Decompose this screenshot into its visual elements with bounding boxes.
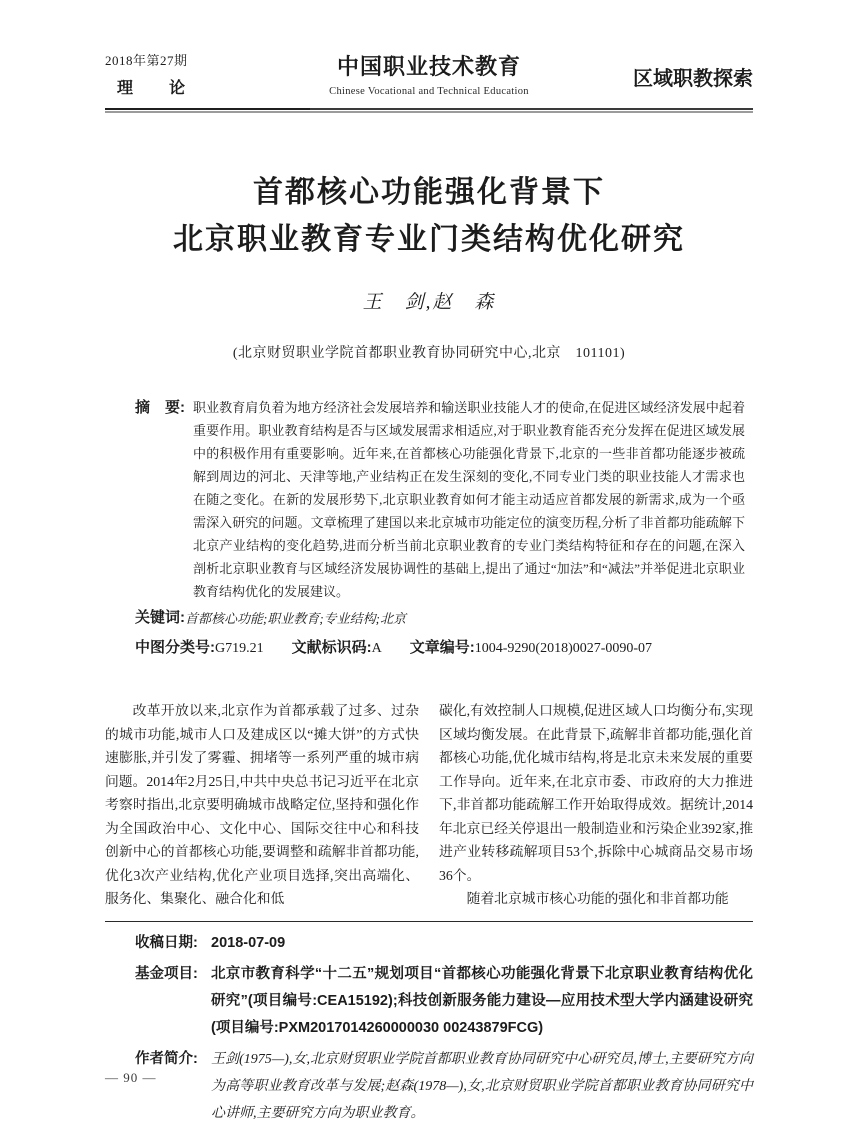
header-right: 区域职教探索 bbox=[583, 50, 753, 91]
body-paragraph: 改革开放以来,北京作为首都承载了过多、过杂的城市功能,城市人口及建成区以“摊大饼… bbox=[105, 699, 419, 911]
author-bio-label: 作者简介: bbox=[135, 1046, 211, 1073]
author-bio-text: 王剑(1975—),女,北京财贸职业学院首都职业教育协同研究中心研究员,博士,主… bbox=[211, 1046, 753, 1127]
article-meta: 摘 要: 职业教育肩负着为地方经济社会发展培养和输送职业技能人才的使命,在促进区… bbox=[105, 396, 753, 661]
received-date-row: 收稿日期: 2018-07-09 bbox=[135, 930, 753, 957]
fund-project-label: 基金项目: bbox=[135, 961, 211, 988]
doc-code-label: 文献标识码: bbox=[292, 639, 372, 656]
received-date-label: 收稿日期: bbox=[135, 930, 211, 957]
header-divider-left-segment bbox=[105, 108, 310, 110]
fund-project-row: 基金项目: 北京市教育科学“十二五”规划项目“首都核心功能强化背景下北京职业教育… bbox=[135, 961, 753, 1042]
body-paragraph: 随着北京城市核心功能的强化和非首都功能 bbox=[439, 887, 753, 911]
header-center: 中国职业技术教育 Chinese Vocational and Technica… bbox=[275, 50, 583, 97]
keywords-text: 首都核心功能;职业教育;专业结构;北京 bbox=[185, 606, 406, 630]
header-divider bbox=[105, 108, 753, 113]
fund-project-text: 北京市教育科学“十二五”规划项目“首都核心功能强化背景下北京职业教育结构优化研究… bbox=[211, 961, 753, 1042]
column-name: 区域职教探索 bbox=[583, 62, 753, 91]
authors: 王 剑,赵 森 bbox=[105, 287, 753, 314]
affiliation: (北京财贸职业学院首都职业教育协同研究中心,北京 101101) bbox=[105, 342, 753, 362]
article-title-line2: 北京职业教育专业门类结构优化研究 bbox=[105, 216, 753, 263]
page-header: 2018年第27期 理 论 中国职业技术教育 Chinese Vocationa… bbox=[105, 0, 753, 98]
author-bio-row: 作者简介: 王剑(1975—),女,北京财贸职业学院首都职业教育协同研究中心研究… bbox=[135, 1046, 753, 1127]
journal-title: 中国职业技术教育 bbox=[275, 50, 583, 81]
abstract-block: 摘 要: 职业教育肩负着为地方经济社会发展培养和输送职业技能人才的使命,在促进区… bbox=[135, 396, 753, 603]
right-column: 碳化,有效控制人口规模,促进区域人口均衡分布,实现区域均衡发展。在此背景下,疏解… bbox=[439, 699, 753, 911]
received-date-value: 2018-07-09 bbox=[211, 930, 753, 957]
article-title: 首都核心功能强化背景下 北京职业教育专业门类结构优化研究 bbox=[105, 169, 753, 263]
doc-code-value: A bbox=[372, 641, 382, 656]
body-columns: 改革开放以来,北京作为首都承载了过多、过杂的城市功能,城市人口及建成区以“摊大饼… bbox=[105, 699, 753, 911]
body-paragraph: 碳化,有效控制人口规模,促进区域人口均衡分布,实现区域均衡发展。在此背景下,疏解… bbox=[439, 699, 753, 887]
page-number: — 90 — bbox=[105, 1070, 157, 1086]
abstract-label: 摘 要: bbox=[135, 396, 193, 419]
clc-value: G719.21 bbox=[215, 641, 264, 656]
clc-label: 中图分类号: bbox=[135, 639, 215, 656]
journal-subtitle: Chinese Vocational and Technical Educati… bbox=[275, 86, 583, 97]
keywords-label: 关键词: bbox=[135, 606, 185, 629]
keywords-block: 关键词: 首都核心功能;职业教育;专业结构;北京 bbox=[135, 606, 753, 630]
left-column: 改革开放以来,北京作为首都承载了过多、过杂的城市功能,城市人口及建成区以“摊大饼… bbox=[105, 699, 419, 911]
article-title-line1: 首都核心功能强化背景下 bbox=[105, 169, 753, 216]
section-label: 理 论 bbox=[105, 75, 275, 98]
footnotes: 收稿日期: 2018-07-09 基金项目: 北京市教育科学“十二五”规划项目“… bbox=[105, 930, 753, 1127]
header-left: 2018年第27期 理 论 bbox=[105, 50, 275, 98]
journal-page: 2018年第27期 理 论 中国职业技术教育 Chinese Vocationa… bbox=[0, 0, 858, 1145]
abstract-text: 职业教育肩负着为地方经济社会发展培养和输送职业技能人才的使命,在促进区域经济发展… bbox=[193, 396, 745, 603]
footnote-divider bbox=[105, 921, 753, 922]
classification-block: 中图分类号:G719.21文献标识码:A文章编号:1004-9290(2018)… bbox=[135, 636, 753, 661]
article-id-value: 1004-9290(2018)0027-0090-07 bbox=[475, 641, 652, 656]
issue-number: 2018年第27期 bbox=[105, 50, 275, 69]
article-id-label: 文章编号: bbox=[410, 639, 475, 656]
